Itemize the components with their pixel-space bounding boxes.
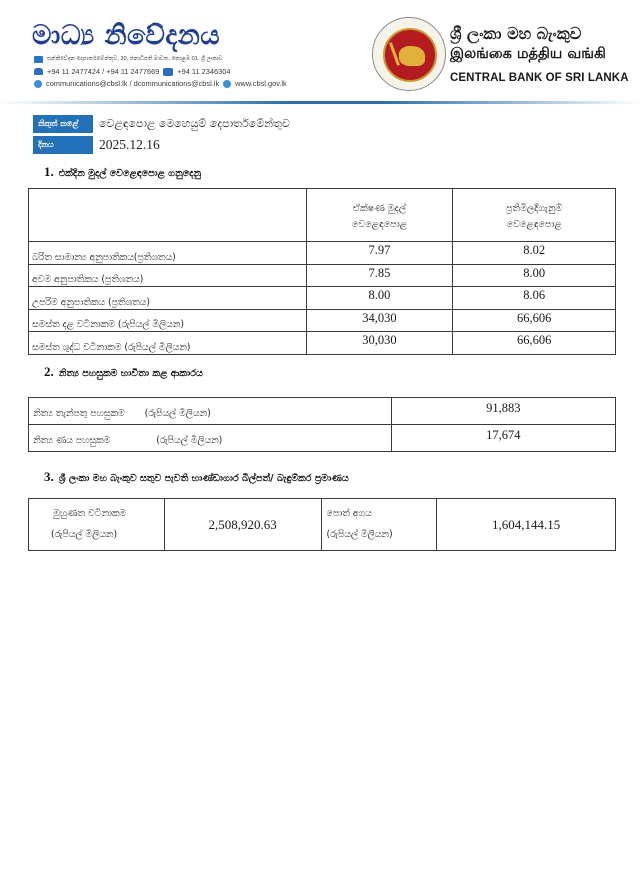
face-value-unit: (රුපියල් මිලියන) xyxy=(51,525,164,545)
table-row: නිත්‍ය තැන්පතු පහසුකම (රුපියල් මිලියන) 9… xyxy=(29,398,616,425)
row-label: නිත්‍ය ණය පහසුකම (රුපියල් මිලියන) xyxy=(29,425,392,452)
date-row: දිනය 2025.12.16 xyxy=(33,136,160,154)
repo-value: 66,606 xyxy=(453,309,616,332)
face-value-label-cell: මුහුණත වටිනාකම (රුපියල් මිලියන) xyxy=(29,499,165,551)
facility-value: 91,883 xyxy=(391,398,615,425)
telephone-icon xyxy=(34,68,43,75)
table-row: සමස්ත දළ වටිනාකම (රුපියල් මිලියන) 34,030… xyxy=(29,309,616,332)
date-value: 2025.12.16 xyxy=(99,137,160,153)
bank-name-tamil: இலங்கை மத்திய வங்கி xyxy=(450,46,606,64)
date-label: දිනය xyxy=(33,136,93,154)
facility-name: නිත්‍ය තැන්පතු පහසුකම xyxy=(33,408,125,419)
unit-label: (රුපියල් මිලියන) xyxy=(145,408,211,419)
face-value-label: මුහුණත වටිනාකම xyxy=(53,504,164,524)
cbsl-seal-logo xyxy=(372,17,446,91)
address-line: සන්නිවේදන දෙපාර්තමේන්තුව, 30, ජනාධිපති ම… xyxy=(34,56,223,63)
section-number: 1. xyxy=(44,164,54,180)
table-row: සමස්ත ශුද්ධ වටිනාකම (රුපියල් මිලියන) 30,… xyxy=(29,332,616,355)
table-header-row: ඒක්ෂණ මුදල්වෙළෙඳපොළ ප්‍රතිමිලදීගැනුම්වෙළ… xyxy=(29,189,616,242)
repo-value: 8.06 xyxy=(453,287,616,310)
section-title: නිත්‍ය පහසුකම භාවිතා කළ ආකාරය xyxy=(59,368,203,379)
phone-line: +94 11 2477424 / +94 11 2477669 +94 11 2… xyxy=(34,67,230,76)
book-value: 1,604,144.15 xyxy=(437,499,616,551)
call-money-value: 34,030 xyxy=(306,309,453,332)
book-value-unit: (රුපියල් මිලියන) xyxy=(327,525,437,545)
section-2-heading: 2. නිත්‍ය පහසුකම භාවිතා කළ ආකාරය xyxy=(44,364,203,380)
repo-value: 66,606 xyxy=(453,332,616,355)
table-row: නිත්‍ය ණය පහසුකම (රුපියල් මිලියන) 17,674 xyxy=(29,425,616,452)
at-icon xyxy=(34,80,42,88)
web-line: communications@cbsl.lk / dcommunications… xyxy=(34,79,287,88)
call-money-value: 7.97 xyxy=(306,242,453,265)
fax-icon xyxy=(163,68,173,76)
treasury-holdings-table: මුහුණත වටිනාකම (රුපියල් මිලියන) 2,508,92… xyxy=(28,498,616,551)
table-row: අවම අනුපාතිකය (ප්‍රතිශතය) 7.85 8.00 xyxy=(29,264,616,287)
column-header-blank xyxy=(29,189,307,242)
section-number: 2. xyxy=(44,364,54,380)
table-row: උපරිම අනුපාතිකය (ප්‍රතිශතය) 8.00 8.06 xyxy=(29,287,616,310)
row-label: උපරිම අනුපාතිකය (ප්‍රතිශතය) xyxy=(29,287,307,310)
facility-name: නිත්‍ය ණය පහසුකම xyxy=(33,435,110,446)
issued-by-label: නිකුත් කළේ xyxy=(33,115,93,133)
face-value: 2,508,920.63 xyxy=(164,499,321,551)
row-label: නිත්‍ය තැන්පතු පහසුකම (රුපියල් මිලියන) xyxy=(29,398,392,425)
call-money-value: 8.00 xyxy=(306,287,453,310)
fax-text: +94 11 2346304 xyxy=(177,67,230,76)
section-1-heading: 1. එක්දින මුදල් වෙළෙඳපොළ ගනුදෙනු xyxy=(44,164,201,180)
lion-icon xyxy=(399,46,425,66)
press-release-title: මාධ්‍ය නිවේදනය xyxy=(32,22,220,49)
table-row: මුහුණත වටිනාකම (රුපියල් මිලියන) 2,508,92… xyxy=(29,499,616,551)
row-label: සමස්ත ශුද්ධ වටිනාකම (රුපියල් මිලියන) xyxy=(29,332,307,355)
address-text: සන්නිවේදන දෙපාර්තමේන්තුව, 30, ජනාධිපති ම… xyxy=(47,56,223,63)
section-3-heading: 3. ශ්‍රී ලංකා මහ බැංකුව සතුව පැවති භාණ්ඩ… xyxy=(44,469,349,485)
repo-value: 8.02 xyxy=(453,242,616,265)
issued-by-value: වෙළඳපොළ මෙහෙයුම් දෙපාර්තමේන්තුව xyxy=(99,117,290,131)
book-value-label-cell: පොත් අගය (රුපියල් මිලියන) xyxy=(321,499,437,551)
bank-name-english: CENTRAL BANK OF SRI LANKA xyxy=(450,72,629,84)
unit-label: (රුපියල් මිලියන) xyxy=(156,435,222,446)
letterhead: මාධ්‍ය නිවේදනය සන්නිවේදන දෙපාර්තමේන්තුව,… xyxy=(0,0,640,100)
column-header-repo: ප්‍රතිමිලදීගැනුම්වෙළෙඳපොළ xyxy=(453,189,616,242)
bank-name-sinhala: ශ්‍රී ලංකා මහ බැංකුව xyxy=(450,24,581,44)
call-money-value: 30,030 xyxy=(306,332,453,355)
call-money-value: 7.85 xyxy=(306,264,453,287)
overnight-money-market-table: ඒක්ෂණ මුදල්වෙළෙඳපොළ ප්‍රතිමිලදීගැනුම්වෙළ… xyxy=(28,188,616,355)
seal-red-disc xyxy=(383,28,437,82)
row-label: අවම අනුපාතිකය (ප්‍රතිශතය) xyxy=(29,264,307,287)
globe-icon xyxy=(223,80,231,88)
header-divider xyxy=(0,101,640,104)
section-title: එක්දින මුදල් වෙළෙඳපොළ ගනුදෙනු xyxy=(59,168,201,179)
facility-value: 17,674 xyxy=(391,425,615,452)
envelope-icon xyxy=(34,56,43,63)
issued-by-row: නිකුත් කළේ වෙළඳපොළ මෙහෙයුම් දෙපාර්තමේන්ත… xyxy=(33,115,290,133)
website-link[interactable]: www.cbsl.gov.lk xyxy=(235,79,287,88)
row-label: බරිත සාමාන්‍ය අනුපාතිකය(ප්‍රතිශතය) xyxy=(29,242,307,265)
section-number: 3. xyxy=(44,469,54,485)
repo-value: 8.00 xyxy=(453,264,616,287)
book-value-label: පොත් අගය xyxy=(327,504,437,524)
column-header-call-money: ඒක්ෂණ මුදල්වෙළෙඳපොළ xyxy=(306,189,453,242)
section-title: ශ්‍රී ලංකා මහ බැංකුව සතුව පැවති භාණ්ඩාගා… xyxy=(59,473,349,484)
row-label: සමස්ත දළ වටිනාකම (රුපියල් මිලියන) xyxy=(29,309,307,332)
standing-facility-table: නිත්‍ය තැන්පතු පහසුකම (රුපියල් මිලියන) 9… xyxy=(28,397,616,452)
table-row: බරිත සාමාන්‍ය අනුපාතිකය(ප්‍රතිශතය) 7.97 … xyxy=(29,242,616,265)
phone-text: +94 11 2477424 / +94 11 2477669 xyxy=(47,67,159,76)
email-links[interactable]: communications@cbsl.lk / dcommunications… xyxy=(46,79,219,88)
